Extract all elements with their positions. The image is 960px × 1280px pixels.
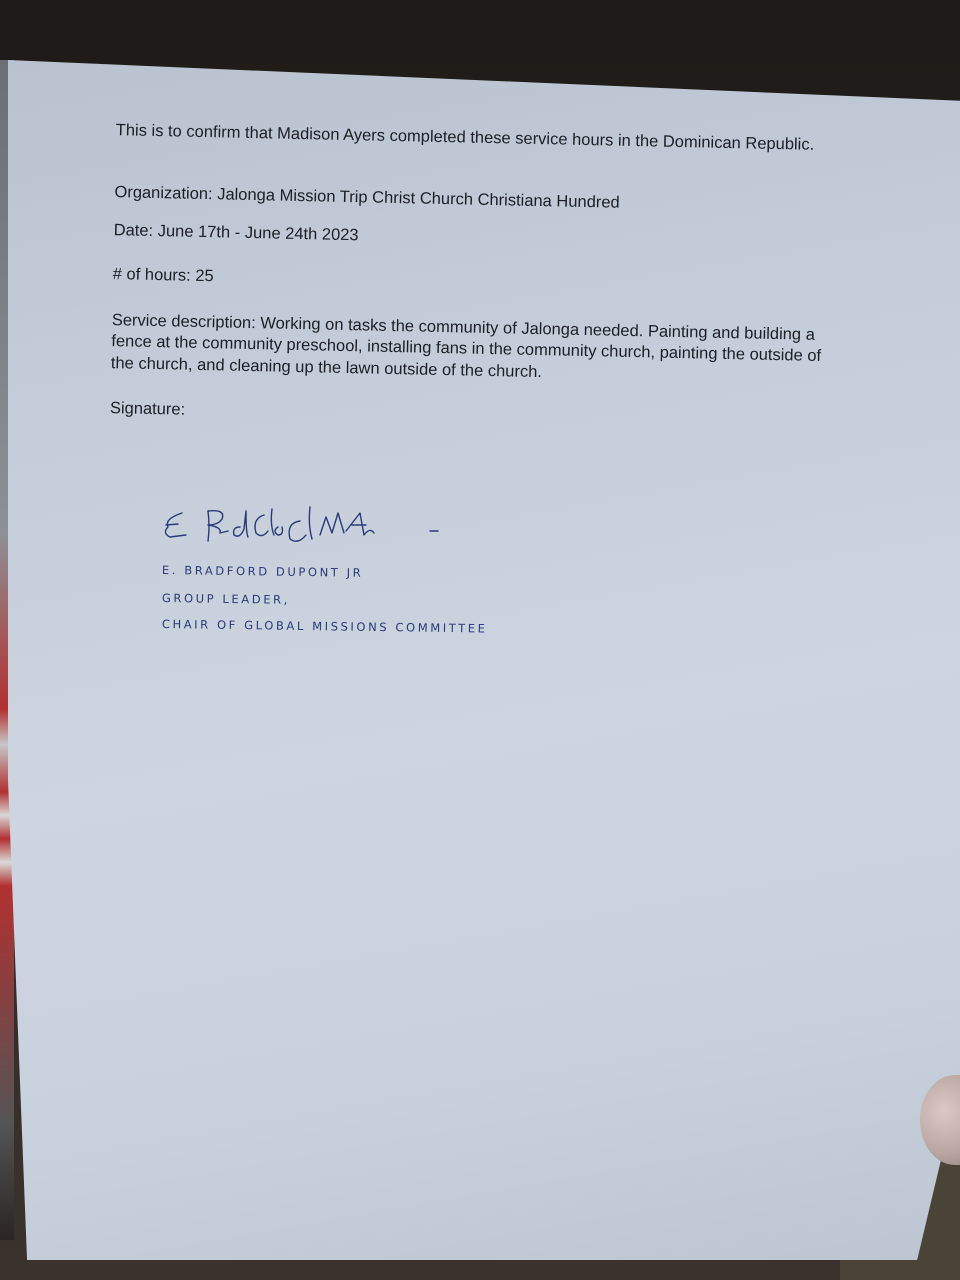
signatory-role: Group Leader, (162, 591, 290, 607)
signature-label: Signature: (110, 398, 186, 421)
handwritten-signature-icon (160, 505, 460, 550)
signatory-name: E. Bradford duPont Jr (162, 563, 364, 580)
hours-field: # of hours: 25 (113, 264, 214, 288)
